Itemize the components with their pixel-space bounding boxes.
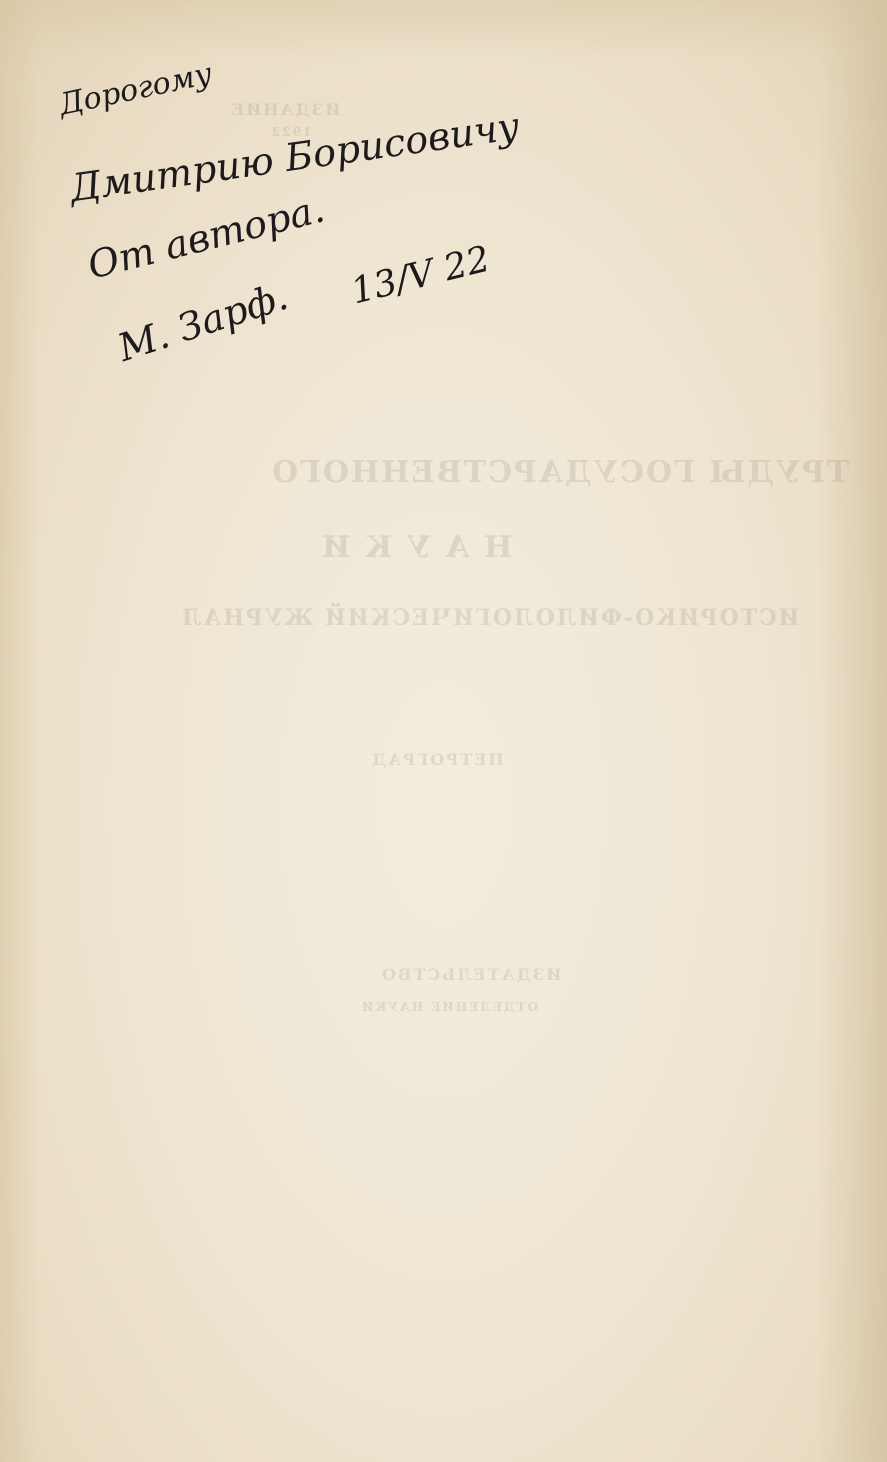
- bleed-through-text: ИЗДАТЕЛЬСТВО: [380, 965, 561, 984]
- bleed-through-text: ИСТОРИКО-ФИЛОЛОГИЧЕСКИЙ ЖУРНАЛ: [180, 605, 799, 631]
- paper-edge-stain-left: [0, 0, 40, 1462]
- inscription-greeting: Дорогому: [56, 56, 215, 123]
- scanned-page: ИЗДАНИЕ 1922 ТРУДЫ ГОСУДАРСТВЕННОГО Н А …: [0, 0, 887, 1462]
- paper-edge-stain-top: [0, 0, 887, 60]
- bleed-through-text: ТРУДЫ ГОСУДАРСТВЕННОГО: [270, 455, 849, 490]
- bleed-through-text: ПЕТРОГРАД: [370, 750, 504, 769]
- bleed-through-text: ОТДЕЛЕНИЕ НАУКИ: [360, 1000, 538, 1014]
- bleed-through-text: ИЗДАНИЕ: [230, 100, 340, 119]
- bleed-through-text: Н А У К И: [320, 530, 513, 565]
- inscription-signature: М. Зарф.: [112, 274, 293, 370]
- inscription-date: 13/V 22: [347, 239, 494, 313]
- paper-edge-stain-right: [817, 0, 887, 1462]
